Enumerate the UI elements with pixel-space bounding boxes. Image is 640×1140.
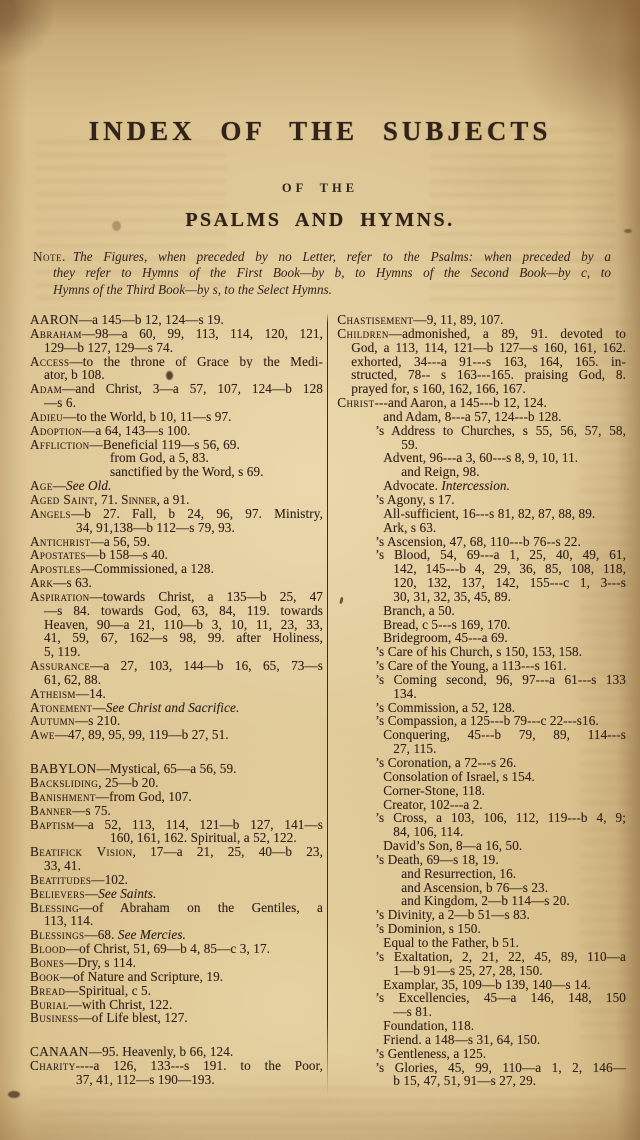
index-entry-line: ’s Death, 69—s 18, 19. xyxy=(337,853,626,867)
entry-headword: Angels xyxy=(30,507,71,521)
index-entry-line: Backsliding, 25—b 20. xyxy=(30,776,323,790)
entry-headword: Autumn xyxy=(30,714,75,728)
entry-headword: Awe xyxy=(30,728,55,742)
index-entry-line: 59. xyxy=(337,438,626,452)
entry-headword: Aspiration xyxy=(30,590,90,604)
entry-headword: Apostates xyxy=(30,548,86,562)
index-entry-line: Bones—Dry, s 114. xyxy=(30,956,323,970)
index-entry-line: Advocate. Intercession. xyxy=(337,479,626,493)
index-entry-line: ’s Coronation, a 72---s 26. xyxy=(337,756,626,770)
index-entry-line: Believers—See Saints. xyxy=(30,887,323,901)
entry-headword: Blessings xyxy=(30,928,84,942)
entry-headword: Believers xyxy=(30,887,85,901)
index-entry-line: David’s Son, 8—a 16, 50. xyxy=(337,839,626,853)
index-entry-line: 113, 114. xyxy=(30,914,323,928)
index-entry-line: 120, 132, 137, 142, 155---c 1, 3---s xyxy=(337,576,626,590)
index-entry-line: Business—of Life blest, 127. xyxy=(30,1011,323,1025)
entry-headword: Antichrist xyxy=(30,535,91,549)
index-entry-line: ’s Divinity, a 2—b 51—s 83. xyxy=(337,908,626,922)
index-entry-line: ’s Dominion, s 150. xyxy=(337,922,626,936)
index-entry-line: 129—b 127, 129—s 74. xyxy=(30,341,323,355)
entry-headword: Burial xyxy=(30,998,69,1012)
index-entry-line: ’s Agony, s 17. xyxy=(337,493,626,507)
index-entry-line: ’s Care of the Young, a 113---s 161. xyxy=(337,659,626,673)
entry-headword: Bread xyxy=(30,984,65,998)
index-entry-line: and Ascension, b 76—s 23. xyxy=(337,881,626,895)
index-entry-line: sanctified by the Word, s 69. xyxy=(30,465,323,479)
column-gap xyxy=(30,1025,323,1045)
index-entry-line: Affliction—Beneficial 119—s 56, 69. xyxy=(30,438,323,452)
entry-headword: Charity xyxy=(30,1059,76,1073)
index-entry-line: Heaven, 90—a 21, 110—b 3, 10, 11, 23, 33… xyxy=(30,618,323,632)
index-entry-line: 160, 161, 162. Spiritual, a 52, 122. xyxy=(30,831,323,845)
index-entry-line: Consolation of Israel, s 154. xyxy=(337,770,626,784)
entry-headword: Book xyxy=(30,970,60,984)
index-entry-line: Assurance—a 27, 103, 144—b 16, 65, 73—s xyxy=(30,659,323,673)
page-subtitle-of-the: OF THE xyxy=(0,181,640,196)
index-column-left: AARON—a 145—b 12, 124—s 19.Abraham—98—a … xyxy=(30,313,323,1095)
index-entry-line: ’s Glories, 45, 99, 110—a 1, 2, 146— xyxy=(337,1061,626,1075)
index-entry-line: Atonement—See Christ and Sacrifice. xyxy=(30,701,323,715)
index-entry-line: Abraham—98—a 60, 99, 113, 114, 120, 121, xyxy=(30,327,323,341)
index-entry-line: ’s Compassion, a 125---b 79---c 22---s16… xyxy=(337,714,626,728)
entry-headword: Abraham xyxy=(30,327,82,341)
index-entry-line: Branch, a 50. xyxy=(337,604,626,618)
entry-headword: Apostles xyxy=(30,562,81,576)
index-entry-line: ’s Commission, a 52, 128. xyxy=(337,701,626,715)
entry-headword: Atheism xyxy=(30,687,76,701)
index-entry-line: and Adam, 8---a 57, 124---b 128. xyxy=(337,410,626,424)
index-entry-line: Burial—with Christ, 122. xyxy=(30,998,323,1012)
index-entry-line: ator, b 108. xyxy=(30,368,323,382)
entry-headword: Baptism xyxy=(30,818,75,832)
index-entry-line: Blessing—of Abraham on the Gentiles, a xyxy=(30,901,323,915)
index-entry-line: Ark, s 63. xyxy=(337,521,626,535)
index-entry-line: Banishment—from God, 107. xyxy=(30,790,323,804)
entry-headword: Backsliding xyxy=(30,776,98,790)
entry-headword: Children xyxy=(337,327,389,341)
index-entry-line: Christ---and Aaron, a 145---b 12, 124. xyxy=(337,396,626,410)
entry-headword: Adieu xyxy=(30,410,63,424)
index-entry-line: exhorted, 34---a 91---s 163, 164, 165. i… xyxy=(337,355,626,369)
entry-headword: Bones xyxy=(30,956,64,970)
index-entry-line: ’s Coming second, 96, 97---a 61---s 133 xyxy=(337,673,626,687)
index-entry-line: Conquering, 45---b 79, 89, 114---s xyxy=(337,728,626,742)
index-entry-line: Adoption—a 64, 143—s 100. xyxy=(30,424,323,438)
index-entry-line: Children—admonished, a 89, 91. devoted t… xyxy=(337,327,626,341)
index-entry-line: Ark—s 63. xyxy=(30,576,323,590)
index-entry-line: Age—See Old. xyxy=(30,479,323,493)
index-entry-line: Beatifick Vision, 17—a 21, 25, 40—b 23, xyxy=(30,845,323,859)
entry-headword: Blood xyxy=(30,942,66,956)
index-column-right: Chastisement—9, 11, 89, 107.Children—adm… xyxy=(331,313,626,1095)
entry-headword: Blessing xyxy=(30,901,79,915)
index-entry-line: Atheism—14. xyxy=(30,687,323,701)
index-entry-line: All-sufficient, 16---s 81, 82, 87, 88, 8… xyxy=(337,507,626,521)
index-entry-line: 41, 59, 67, 162—s 98, 99. after Holiness… xyxy=(30,631,323,645)
index-entry-line: Autumn—s 210. xyxy=(30,714,323,728)
index-note: Note.The Figures, when preceded by no Le… xyxy=(33,249,611,298)
index-entry-line: Advent, 96---a 3, 60---s 8, 9, 10, 11. xyxy=(337,451,626,465)
entry-headword: Age xyxy=(30,479,53,493)
index-entry-line: Chastisement—9, 11, 89, 107. xyxy=(337,313,626,327)
index-entry-line: Beatitudes—102. xyxy=(30,873,323,887)
entry-headword: CANAAN xyxy=(30,1045,89,1059)
note-line: they refer to Hymns of the First Book—by… xyxy=(33,265,611,281)
index-entry-line: —s 84. towards God, 63, 84, 119. towards xyxy=(30,604,323,618)
index-entry-line: ’s Cross, a 103, 106, 112, 119---b 4, 9; xyxy=(337,811,626,825)
index-entry-line: Blessings—68. See Mercies. xyxy=(30,928,323,942)
index-entry-line: 33, 41. xyxy=(30,859,323,873)
note-text: The Figures, when preceded by no Letter,… xyxy=(73,249,611,264)
index-entry-line: —s 6. xyxy=(30,396,323,410)
index-entry-line: ’s Address to Churches, s 55, 56, 57, 58… xyxy=(337,424,626,438)
index-entry-line: Adieu—to the World, b 10, 11—s 97. xyxy=(30,410,323,424)
entry-headword: Ark xyxy=(30,576,53,590)
entry-headword: AARON xyxy=(30,313,79,327)
index-entry-line: Book—of Nature and Scripture, 19. xyxy=(30,970,323,984)
entry-headword: Business xyxy=(30,1011,79,1025)
index-entry-line: 34, 91,138—b 112—s 79, 93. xyxy=(30,521,323,535)
index-entry-line: 84, 106, 114. xyxy=(337,825,626,839)
index-entry-line: 1—b 91—s 25, 27, 28, 150. xyxy=(337,964,626,978)
note-line: Note.The Figures, when preceded by no Le… xyxy=(33,249,611,265)
index-entry-line: Apostles—Commissioned, a 128. xyxy=(30,562,323,576)
index-entry-line: God, a 113, 114, 121—b 127—s 160, 161, 1… xyxy=(337,341,626,355)
index-entry-line: Aspiration—towards Christ, a 135—b 25, 4… xyxy=(30,590,323,604)
index-entry-line: Baptism—a 52, 113, 114, 121—b 127, 141—s xyxy=(30,818,323,832)
entry-headword: Banner xyxy=(30,804,72,818)
entry-headword: Access xyxy=(30,355,69,369)
index-entry-line: 5, 119. xyxy=(30,645,323,659)
index-entry-line: Angels—b 27. Fall, b 24, 96, 97. Ministr… xyxy=(30,507,323,521)
index-entry-line: Examplar, 35, 109—b 139, 140—s 14. xyxy=(337,978,626,992)
index-entry-line: Equal to the Father, b 51. xyxy=(337,936,626,950)
book-page: INDEX OF THE SUBJECTS OF THE PSALMS AND … xyxy=(0,0,640,1140)
index-entry-line: and Resurrection, 16. xyxy=(337,867,626,881)
entry-headword: Christ xyxy=(337,396,374,410)
index-entry-line: ’s Excellencies, 45—a 146, 148, 150 xyxy=(337,991,626,1005)
page-subtitle-psalms-and-hymns: PSALMS AND HYMNS. xyxy=(0,209,640,232)
entry-headword: Aged Saint xyxy=(30,493,94,507)
index-entry-line: b 15, 47, 51, 91—s 27, 29. xyxy=(337,1074,626,1088)
index-entry-line: Adam—and Christ, 3—a 57, 107, 124—b 128 xyxy=(30,382,323,396)
index-entry-line: Corner-Stone, 118. xyxy=(337,784,626,798)
index-entry-line: Charity----a 126, 133---s 191. to the Po… xyxy=(30,1059,323,1073)
entry-headword: Adoption xyxy=(30,424,82,438)
index-entry-line: BABYLON—Mystical, 65—a 56, 59. xyxy=(30,762,323,776)
index-entry-line: ’s Care of his Church, s 150, 153, 158. xyxy=(337,645,626,659)
index-entry-line: Blood—of Christ, 51, 69—b 4, 85—c 3, 17. xyxy=(30,942,323,956)
index-entry-line: ’s Gentleness, a 125. xyxy=(337,1047,626,1061)
index-entry-line: 61, 62, 88. xyxy=(30,673,323,687)
note-label: Note. xyxy=(33,249,66,264)
index-entry-line: ’s Ascension, 47, 68, 110---b 76--s 22. xyxy=(337,535,626,549)
entry-headword: Beatitudes xyxy=(30,873,91,887)
note-line: Hymns of the Third Book—by s, to the Sel… xyxy=(33,282,611,298)
index-entry-line: and Reign, 98. xyxy=(337,465,626,479)
index-entry-line: 30, 31, 32, 35, 45, 89. xyxy=(337,590,626,604)
entry-headword: Assurance xyxy=(30,659,90,673)
column-divider-rule xyxy=(327,313,328,1095)
index-entry-line: Friend. a 148—s 31, 64, 150. xyxy=(337,1033,626,1047)
index-entry-line: Apostates—b 158—s 40. xyxy=(30,548,323,562)
page-title: INDEX OF THE SUBJECTS xyxy=(0,116,640,147)
index-entry-line: Bridegroom, 45---a 69. xyxy=(337,631,626,645)
entry-headword: Affliction xyxy=(30,438,90,452)
index-columns: AARON—a 145—b 12, 124—s 19.Abraham—98—a … xyxy=(30,313,626,1095)
index-entry-line: structed, 78-- s 163---165. praising God… xyxy=(337,368,626,382)
entry-headword: BABYLON xyxy=(30,762,97,776)
entry-headword: Beatifick Vision xyxy=(30,845,133,859)
index-entry-line: Antichrist—a 56, 59. xyxy=(30,535,323,549)
index-entry-line: Aged Saint, 71. Sinner, a 91. xyxy=(30,493,323,507)
index-entry-line: AARON—a 145—b 12, 124—s 19. xyxy=(30,313,323,327)
index-entry-line: Foundation, 118. xyxy=(337,1019,626,1033)
entry-headword: Banishment xyxy=(30,790,96,804)
entry-headword: Chastisement xyxy=(337,313,413,327)
entry-headword: Adam xyxy=(30,382,62,396)
index-entry-line: ’s Exaltation, 2, 21, 22, 45, 89, 110—a xyxy=(337,950,626,964)
index-entry-line: ’s Blood, 54, 69---a 1, 25, 40, 49, 61, xyxy=(337,548,626,562)
index-entry-line: Banner—s 75. xyxy=(30,804,323,818)
column-gap xyxy=(30,742,323,762)
entry-headword: Atonement xyxy=(30,701,92,715)
paper-stain xyxy=(8,1091,20,1098)
index-entry-line: Awe—47, 89, 95, 99, 119—b 27, 51. xyxy=(30,728,323,742)
index-entry-line: prayed for, s 160, 162, 166, 167. xyxy=(337,382,626,396)
index-entry-line: 37, 41, 112—s 190—193. xyxy=(30,1073,323,1087)
index-entry-line: Access—to the throne of Grace by the Med… xyxy=(30,355,323,369)
index-entry-line: 142, 145---b 4, 29, 36, 85, 108, 118, xyxy=(337,562,626,576)
index-entry-line: CANAAN—95. Heavenly, b 66, 124. xyxy=(30,1045,323,1059)
index-entry-line: —s 81. xyxy=(337,1005,626,1019)
index-entry-line: Bread, c 5---s 169, 170. xyxy=(337,618,626,632)
index-entry-line: 134. xyxy=(337,687,626,701)
index-entry-line: Creator, 102---a 2. xyxy=(337,798,626,812)
index-entry-line: Bread—Spiritual, c 5. xyxy=(30,984,323,998)
index-entry-line: 27, 115. xyxy=(337,742,626,756)
index-entry-line: and Kingdom, 2—b 114—s 20. xyxy=(337,894,626,908)
index-entry-line: from God, a 5, 83. xyxy=(30,451,323,465)
